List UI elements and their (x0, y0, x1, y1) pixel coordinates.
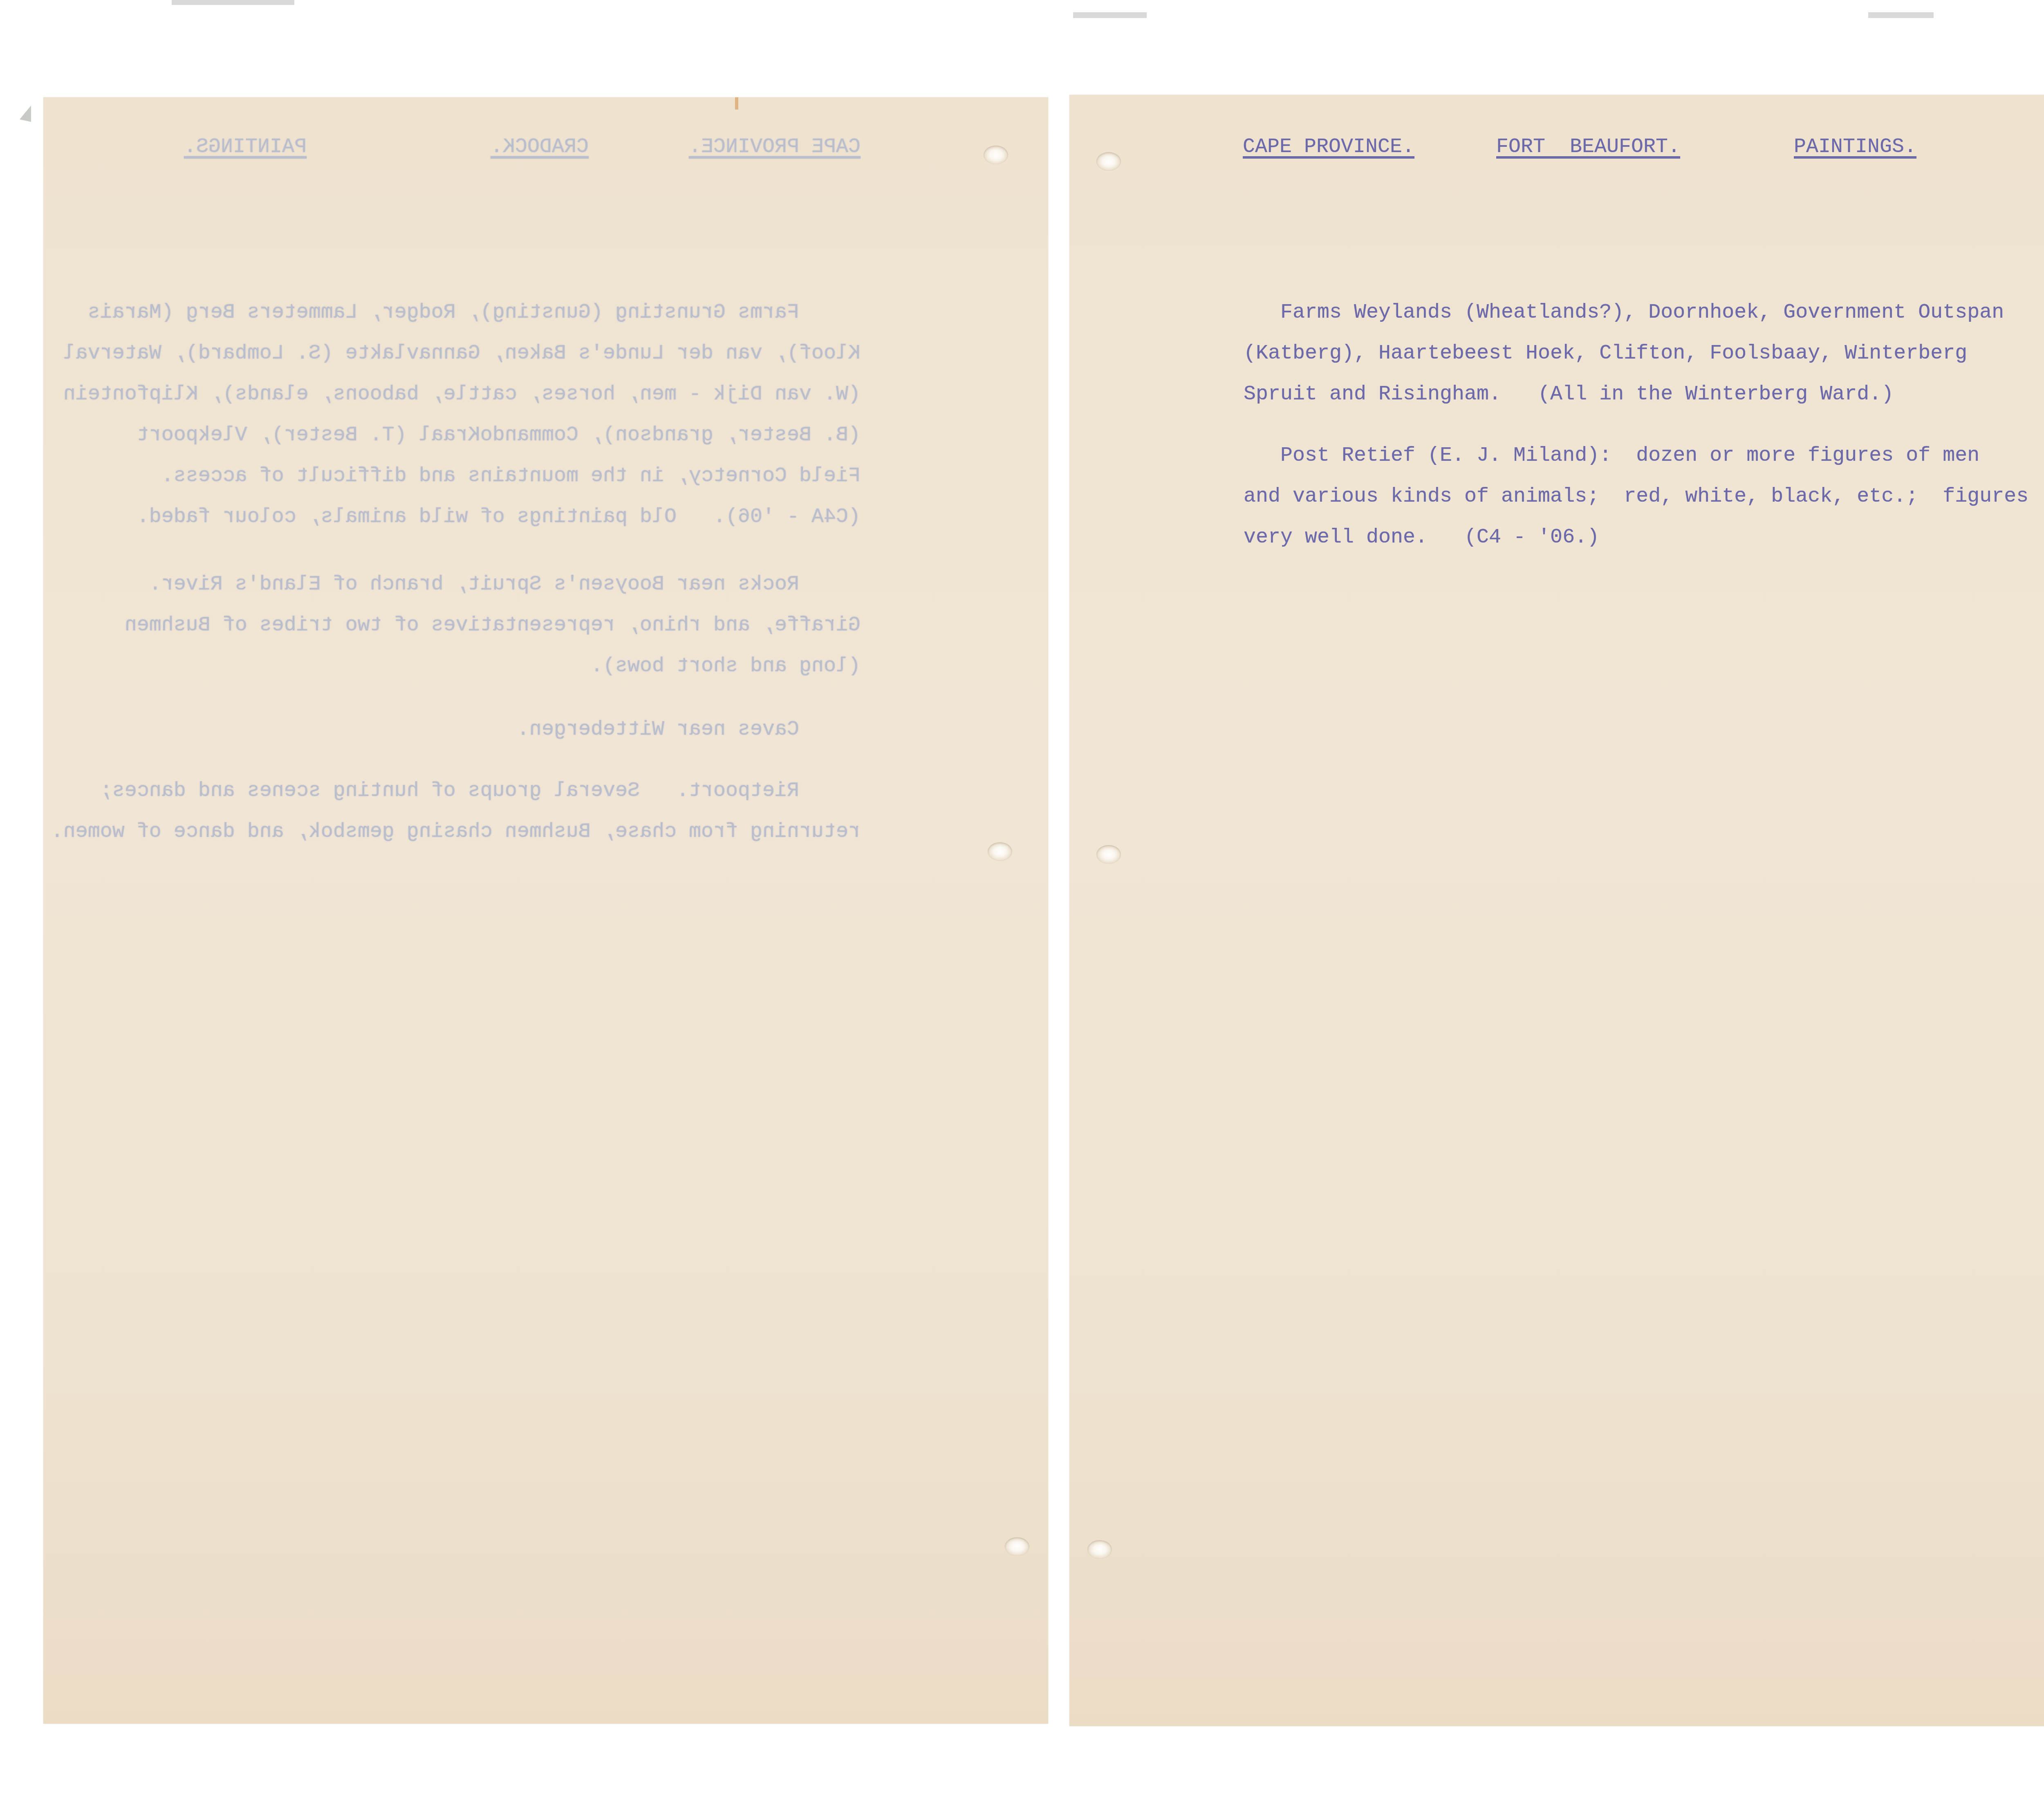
rust-stain (735, 97, 738, 110)
header-district: FORT BEAUFORT. (1496, 135, 1680, 159)
left-header-category: PAINTINGS. (184, 135, 307, 159)
scan-artifact (172, 0, 294, 5)
body-line: Post Retief (E. J. Miland): dozen or mor… (1244, 444, 1979, 468)
left-body-line: Caves near Wittebergen. (517, 718, 861, 742)
punch-hole (988, 842, 1012, 861)
scan-artifact (1073, 12, 1147, 18)
punch-hole (1087, 1540, 1112, 1559)
body-line: (Katberg), Haartebeest Hoek, Clifton, Fo… (1244, 341, 1967, 366)
scan-artifact (1868, 12, 1934, 18)
right-page (1069, 95, 2044, 1726)
torn-paper-fragment (20, 105, 31, 122)
left-body-line: (long and short bows). (591, 654, 861, 679)
punch-hole (1005, 1537, 1029, 1556)
left-body-line: returning from chase, Bushmen chasing ge… (51, 820, 861, 844)
punch-hole (984, 146, 1008, 164)
left-body-line: (B. Bester, grandson), CommandoKraal (T.… (137, 423, 861, 448)
left-body-line: Rocks near Booysen's Spruit, branch of E… (149, 572, 861, 597)
body-line: Farms Weylands (Wheatlands?), Doornhoek,… (1244, 301, 2004, 325)
left-body-line: Giraffe, and rhino, representatives of t… (125, 613, 861, 638)
body-line: very well done. (C4 - '06.) (1244, 525, 1599, 550)
left-header-district: CRADOCK. (491, 135, 589, 159)
left-body-line: (W. van Dijk - men, horses, cattle, babo… (63, 382, 861, 407)
left-body-line: Farms Grunsting (Gunsting), Rodger, Lamm… (88, 301, 861, 325)
left-body-line: Kloof), van der Lunde's Baken, Gannavlak… (63, 341, 861, 366)
left-body-line: Rietpoort. Several groups of hunting sce… (100, 779, 861, 803)
punch-hole (1096, 845, 1121, 864)
left-body-line: Field Cornetcy, in the mountains and dif… (161, 464, 861, 489)
punch-hole (1096, 152, 1121, 171)
header-category: PAINTINGS. (1794, 135, 1916, 159)
body-line: and various kinds of animals; red, white… (1244, 484, 2028, 509)
header-province: CAPE PROVINCE. (1243, 135, 1414, 159)
left-body-line: (C4A - '06). Old paintings of wild anima… (137, 505, 861, 529)
left-header-province: CAPE PROVINCE. (689, 135, 861, 159)
body-line: Spruit and Risingham. (All in the Winter… (1244, 382, 1894, 407)
